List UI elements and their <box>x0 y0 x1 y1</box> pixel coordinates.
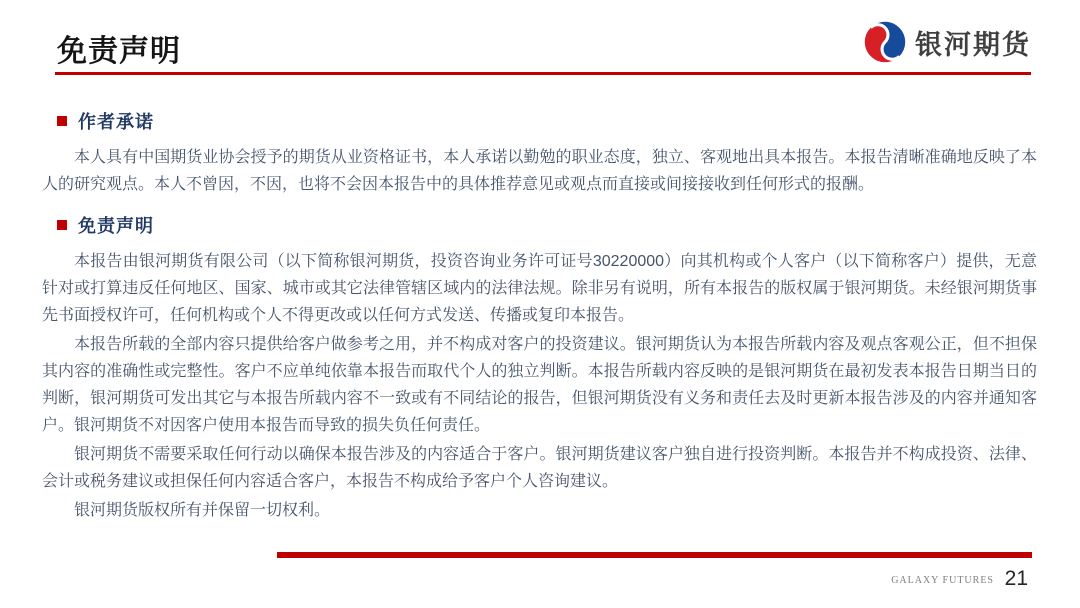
page-title: 免责声明 <box>57 26 181 70</box>
content-area: 作者承诺 本人具有中国期货业协会授予的期货从业资格证书，本人承诺以勤勉的职业态度… <box>42 108 1037 538</box>
paragraph: 本报告所载的全部内容只提供给客户做参考之用，并不构成对客户的投资建议。银河期货认… <box>42 331 1037 439</box>
footer-divider <box>277 552 1032 558</box>
red-square-bullet-icon <box>57 116 67 126</box>
footer-brand-text: GALAXY FUTURES <box>891 575 994 586</box>
paragraph: 银河期货版权所有并保留一切权利。 <box>42 497 1037 524</box>
logo-text: 银河期货 <box>915 23 1031 62</box>
page-number: 21 <box>1005 567 1028 591</box>
section-heading: 免责声明 <box>57 212 1037 238</box>
red-square-bullet-icon <box>57 220 67 230</box>
section-heading: 作者承诺 <box>57 108 1037 134</box>
paragraph: 本报告由银河期货有限公司（以下简称银河期货，投资咨询业务许可证号30220000… <box>42 248 1037 329</box>
galaxy-swirl-icon <box>863 20 907 64</box>
section-heading-label: 免责声明 <box>78 212 154 238</box>
title-divider <box>55 72 1031 75</box>
paragraph: 本人具有中国期货业协会授予的期货从业资格证书，本人承诺以勤勉的职业态度，独立、客… <box>42 144 1037 198</box>
section-heading-label: 作者承诺 <box>78 108 154 134</box>
section-disclaimer: 免责声明 本报告由银河期货有限公司（以下简称银河期货，投资咨询业务许可证号302… <box>42 212 1037 524</box>
paragraph: 银河期货不需要采取任何行动以确保本报告涉及的内容适合于客户。银河期货建议客户独自… <box>42 441 1037 495</box>
disclaimer-slide: 免责声明 银河期货 作者承诺 本人具有中国期货业协会授予的期货从业资格证书，本人… <box>0 0 1080 608</box>
section-author-commitment: 作者承诺 本人具有中国期货业协会授予的期货从业资格证书，本人承诺以勤勉的职业态度… <box>42 108 1037 198</box>
company-logo: 银河期货 <box>863 20 1031 64</box>
